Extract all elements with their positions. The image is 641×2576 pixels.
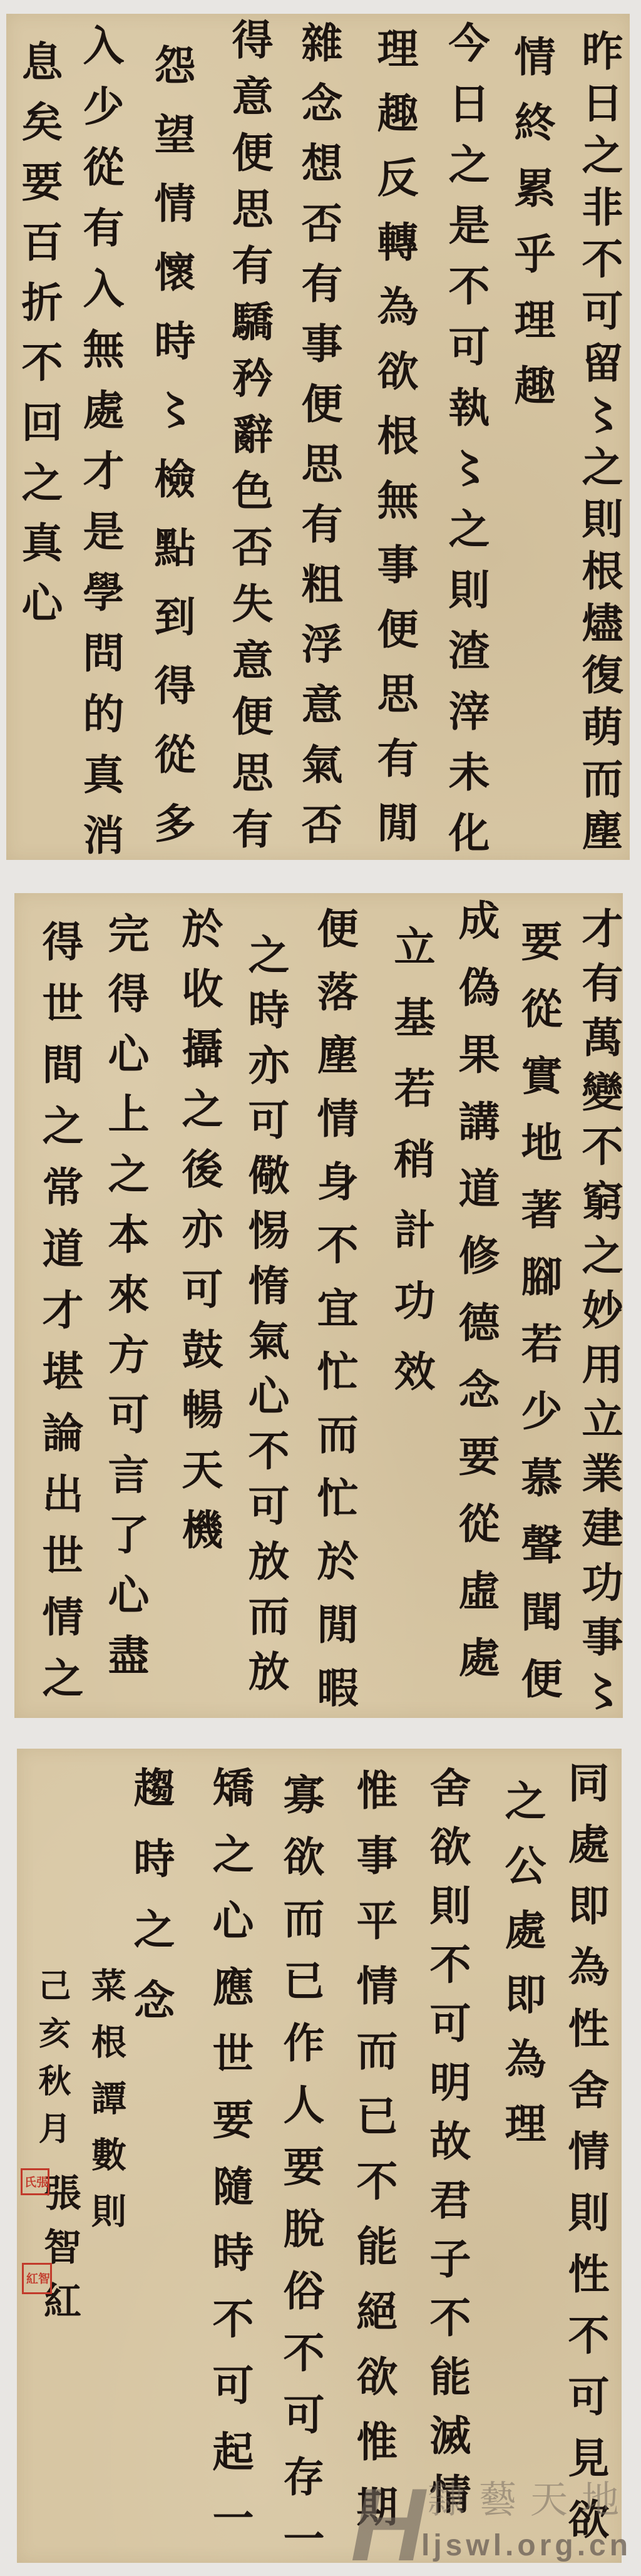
text-column-3: 舍欲則不可明故君子不能滅情 xyxy=(426,1766,468,2532)
text-column-1: 昨日之非不可留〻之則根燼復萌而塵 xyxy=(578,29,620,861)
watermark-logo-icon: H xyxy=(351,2473,425,2576)
text-column-2: 之公處即為理 xyxy=(501,1779,543,2166)
text-column-6: 得意便思有驕矜辭色否失意便思有 xyxy=(228,18,270,864)
text-column-5: 雜念想否有事便思有粗浮意氣否 xyxy=(298,21,339,863)
red-seal-stamp: 智紅 xyxy=(22,2263,52,2294)
text-column-6: 之時亦可儆惕惰氣心不可放而放 xyxy=(245,933,286,1705)
text-column-4: 惟事平情而已不能絕欲惟期 xyxy=(353,1769,394,2550)
text-column-7: 怨望情懷時〻檢點到得從多 xyxy=(151,44,192,871)
text-column-8: 入少從有入無處才是學問的真消 xyxy=(79,24,121,874)
watermark-domain: ljswl.org.cn xyxy=(421,2531,632,2561)
text-column-8: 完得心上之本來方可言了心盡 xyxy=(105,912,146,1694)
seal-text: 智紅 xyxy=(25,2272,49,2285)
text-column-5: 寡欲而已作人要脫俗不可存一 xyxy=(280,1773,321,2576)
calligraphy-panel-2: 才有萬變不窮之妙用立業建功事〻 要從實地著腳若少慕聲聞便 成偽果講道修德念要從虛… xyxy=(14,893,623,1718)
text-column-9: 息矣要百折不回之真心 xyxy=(18,40,59,641)
text-column-2: 情終累乎理趣 xyxy=(511,35,552,430)
seal-text: 張氏 xyxy=(23,2176,47,2188)
text-column-3: 今日之是不可執〻之則渣滓未化 xyxy=(445,21,486,872)
text-column-4: 立基若稍計功效 xyxy=(391,925,432,1420)
text-column-4: 理趣反轉為欲根無事便思有閒 xyxy=(374,27,415,866)
text-column-7: 於收攝之後亦可鼓暢天機 xyxy=(178,907,220,1568)
watermark-site-name: 隸藝天地 xyxy=(428,2481,633,2519)
calligraphy-panel-1: 昨日之非不可留〻之則根燼復萌而塵 情終累乎理趣 今日之是不可執〻之則渣滓未化 理… xyxy=(6,14,630,860)
artist-signature: 張智紅 xyxy=(41,2173,78,2335)
text-column-6: 矯之心應世要隨時不可起一 xyxy=(209,1766,250,2563)
text-column-1: 才有萬變不窮之妙用立業建功事〻 xyxy=(578,907,620,1724)
inscription-title: 菜根譚數則 xyxy=(89,1967,124,2249)
text-column-7: 趨時之念 xyxy=(130,1766,172,2049)
text-column-2: 要從實地著腳若少慕聲聞便 xyxy=(518,920,559,1724)
text-column-1: 同處即為性舍情則性不可見欲 xyxy=(565,1761,606,2559)
text-column-5: 便落塵情身不宜忙而忙於閒暇 xyxy=(314,907,355,1729)
text-column-3: 成偽果講道修德念要從虛處 xyxy=(455,899,496,1703)
inscription-date: 己亥秋月 xyxy=(35,1968,68,2159)
calligraphy-panel-3: 同處即為性舍情則性不可見欲 之公處即為理 舍欲則不可明故君子不能滅情 惟事平情而… xyxy=(17,1749,622,2563)
text-column-9: 得世間之常道才堪論出世情之 xyxy=(39,920,80,1718)
red-seal-stamp: 張氏 xyxy=(21,2168,49,2195)
